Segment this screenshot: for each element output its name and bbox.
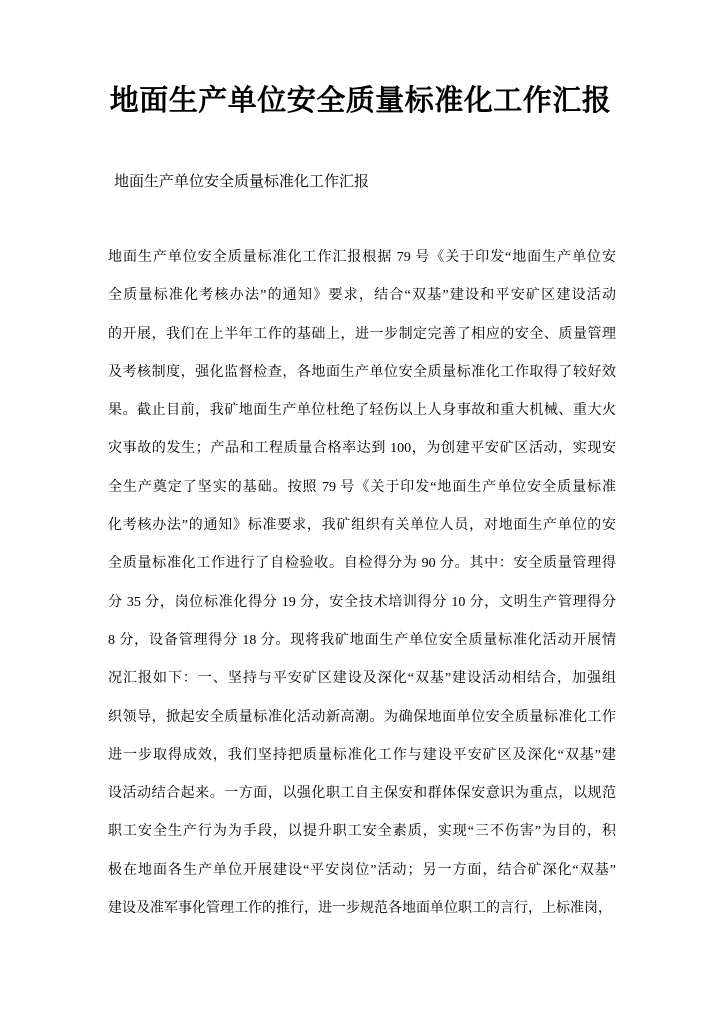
text-line: 职工安全生产行为为手段，以提升职工安全素质，实现“三不伤害”为目的，积 [108, 813, 616, 851]
text-line: 极在地面各生产单位开展建设“平安岗位”活动；另一方面，结合矿深化“双基” [108, 852, 616, 890]
text-line: 进一步取得成效，我们坚持把质量标准化工作与建设平安矿区及深化“双基”建 [108, 737, 616, 775]
text-line: 全生产奠定了坚实的基础。按照 79 号《关于印发“地面生产单位安全质量标准 [108, 469, 616, 507]
text-line: 地面生产单位安全质量标准化工作汇报根据 79 号《关于印发“地面生产单位安 [108, 239, 616, 277]
document-title: 地面生产单位安全质量标准化工作汇报 [0, 84, 721, 118]
text-line: 设活动结合起来。一方面，以强化职工自主保安和群体保安意识为重点，以规范 [108, 775, 616, 813]
text-line: 全质量标准化工作进行了自检验收。自检得分为 90 分。其中：安全质量管理得 [108, 545, 616, 583]
text-line: 果。截止目前，我矿地面生产单位杜绝了轻伤以上人身事故和重大机械、重大火 [108, 392, 616, 430]
text-line: 8 分，设备管理得分 18 分。现将我矿地面生产单位安全质量标准化活动开展情 [108, 622, 616, 660]
text-line: 织领导，掀起安全质量标准化活动新高潮。为确保地面单位安全质量标准化工作 [108, 699, 616, 737]
text-line: 化考核办法”的通知》标准要求，我矿组织有关单位人员，对地面生产单位的安 [108, 507, 616, 545]
document-page: 地面生产单位安全质量标准化工作汇报 地面生产单位安全质量标准化工作汇报 地面生产… [0, 0, 721, 1020]
document-subtitle: 地面生产单位安全质量标准化工作汇报 [114, 171, 369, 193]
document-body: 地面生产单位安全质量标准化工作汇报根据 79 号《关于印发“地面生产单位安全质量… [108, 239, 616, 928]
text-line: 全质量标准化考核办法”的通知》要求，结合“双基”建设和平安矿区建设活动 [108, 277, 616, 315]
text-line: 及考核制度，强化监督检查，各地面生产单位安全质量标准化工作取得了较好效 [108, 354, 616, 392]
text-line: 分 35 分，岗位标准化得分 19 分，安全技术培训得分 10 分，文明生产管理… [108, 584, 616, 622]
text-line: 建设及准军事化管理工作的推行，进一步规范各地面单位职工的言行，上标准岗， [108, 890, 616, 928]
text-line: 况汇报如下：一、坚持与平安矿区建设及深化“双基”建设活动相结合，加强组 [108, 660, 616, 698]
text-line: 灾事故的发生；产品和工程质量合格率达到 100，为创建平安矿区活动，实现安 [108, 430, 616, 468]
text-line: 的开展，我们在上半年工作的基础上，进一步制定完善了相应的安全、质量管理 [108, 316, 616, 354]
